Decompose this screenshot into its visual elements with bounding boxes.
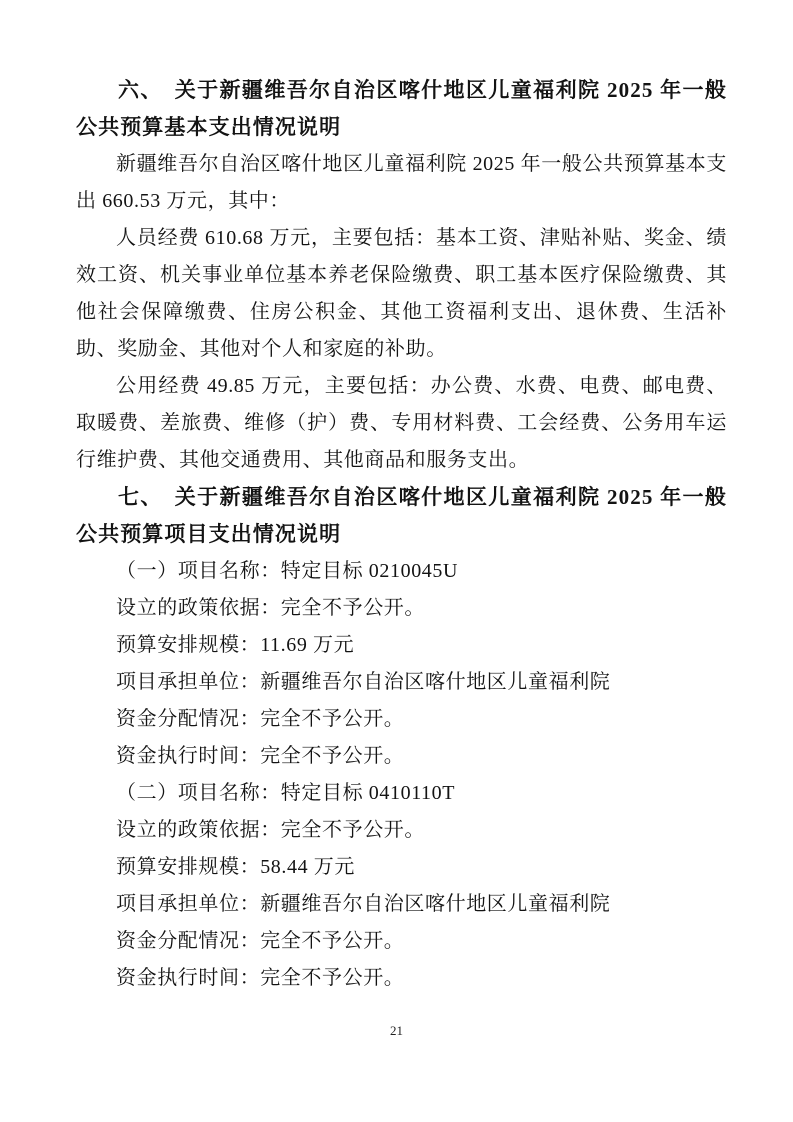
project1-fund-allocation: 资金分配情况：完全不予公开。 <box>76 701 727 738</box>
personnel-funds-paragraph: 人员经费 610.68 万元，主要包括：基本工资、津贴补贴、奖金、绩效工资、机关… <box>76 220 727 368</box>
project2-fund-allocation: 资金分配情况：完全不予公开。 <box>76 923 727 960</box>
project1-name: （一）项目名称：特定目标 0210045U <box>76 553 727 590</box>
public-funds-paragraph: 公用经费 49.85 万元，主要包括：办公费、水费、电费、邮电费、取暖费、差旅费… <box>76 368 727 479</box>
section-heading-six: 六、 关于新疆维吾尔自治区喀什地区儿童福利院 2025 年一般公共预算基本支出情… <box>76 72 727 146</box>
page-footer: 21 <box>0 1022 793 1040</box>
project2-budget-scale: 预算安排规模：58.44 万元 <box>76 849 727 886</box>
project1-policy-basis: 设立的政策依据：完全不予公开。 <box>76 590 727 627</box>
project1-undertaking-unit: 项目承担单位：新疆维吾尔自治区喀什地区儿童福利院 <box>76 664 727 701</box>
project2-policy-basis: 设立的政策依据：完全不予公开。 <box>76 812 727 849</box>
project1-budget-scale: 预算安排规模：11.69 万元 <box>76 627 727 664</box>
section-heading-seven: 七、 关于新疆维吾尔自治区喀什地区儿童福利院 2025 年一般公共预算项目支出情… <box>76 479 727 553</box>
project2-name: （二）项目名称：特定目标 0410110T <box>76 775 727 812</box>
document-canvas: { "page": { "number": "21" }, "colors": … <box>0 0 793 1122</box>
page-number: 21 <box>390 1023 403 1038</box>
project1-fund-execution-time: 资金执行时间：完全不予公开。 <box>76 738 727 775</box>
project2-fund-execution-time: 资金执行时间：完全不予公开。 <box>76 960 727 997</box>
basic-expenditure-total: 新疆维吾尔自治区喀什地区儿童福利院 2025 年一般公共预算基本支出 660.5… <box>76 146 727 220</box>
project2-undertaking-unit: 项目承担单位：新疆维吾尔自治区喀什地区儿童福利院 <box>76 886 727 923</box>
document-body: 六、 关于新疆维吾尔自治区喀什地区儿童福利院 2025 年一般公共预算基本支出情… <box>76 72 727 997</box>
